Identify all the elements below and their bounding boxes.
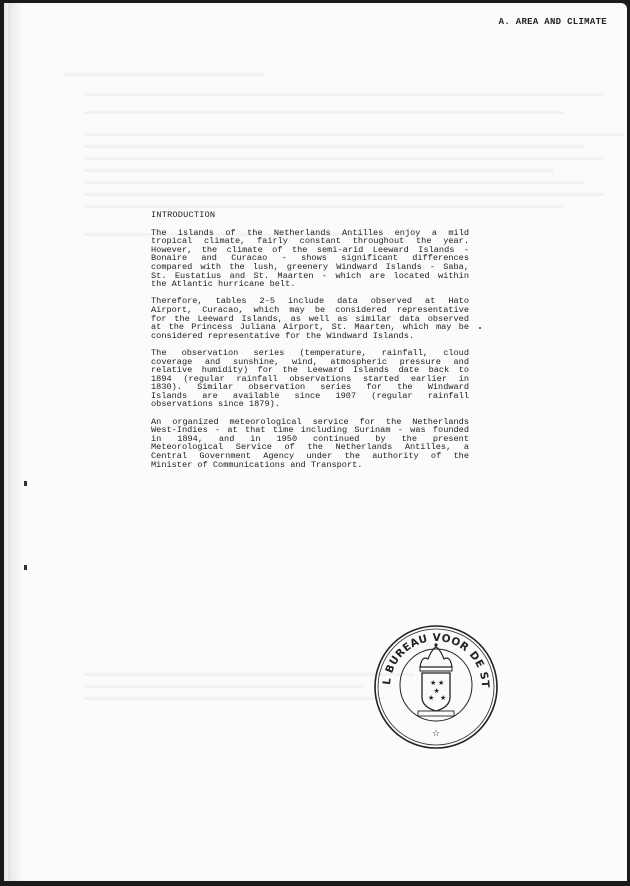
paragraph: The islands of the Netherlands Antilles … bbox=[151, 229, 469, 289]
paragraphs: The islands of the Netherlands Antilles … bbox=[151, 229, 469, 470]
staple-mark bbox=[24, 481, 27, 486]
text-line: observations since 1879). bbox=[151, 400, 469, 409]
svg-text:★: ★ bbox=[440, 694, 446, 702]
text-line: considered representative for the Windwa… bbox=[151, 332, 469, 341]
crown-icon bbox=[420, 643, 452, 671]
introduction-section: INTRODUCTION The islands of the Netherla… bbox=[151, 211, 469, 478]
shield-icon: ★ ★ ★ ★ ★ bbox=[418, 673, 454, 716]
document-page: A. AREA AND CLIMATE INTRODUCTION The isl… bbox=[4, 3, 627, 881]
svg-text:★: ★ bbox=[428, 694, 434, 702]
paragraph: An organized meteorological service for … bbox=[151, 418, 469, 470]
running-head: A. AREA AND CLIMATE bbox=[499, 17, 607, 27]
svg-text:★: ★ bbox=[438, 679, 444, 687]
speck bbox=[479, 327, 481, 329]
binding-shadow bbox=[8, 3, 24, 881]
paragraph: Therefore, tables 2-5 include data obser… bbox=[151, 297, 469, 340]
star-icon: ☆ bbox=[432, 729, 440, 739]
svg-text:★: ★ bbox=[430, 679, 436, 687]
staple-mark bbox=[24, 565, 27, 570]
text-line: Minister of Communications and Transport… bbox=[151, 461, 469, 470]
official-seal-stamp: CENTRAAL BUREAU VOOR DE STATISTIEK ★ ★ ★… bbox=[372, 623, 500, 751]
text-line: the Atlantic hurricane belt. bbox=[151, 280, 469, 289]
svg-text:★: ★ bbox=[434, 687, 440, 695]
section-title: INTRODUCTION bbox=[151, 211, 469, 220]
paragraph: The observation series (temperature, rai… bbox=[151, 349, 469, 409]
